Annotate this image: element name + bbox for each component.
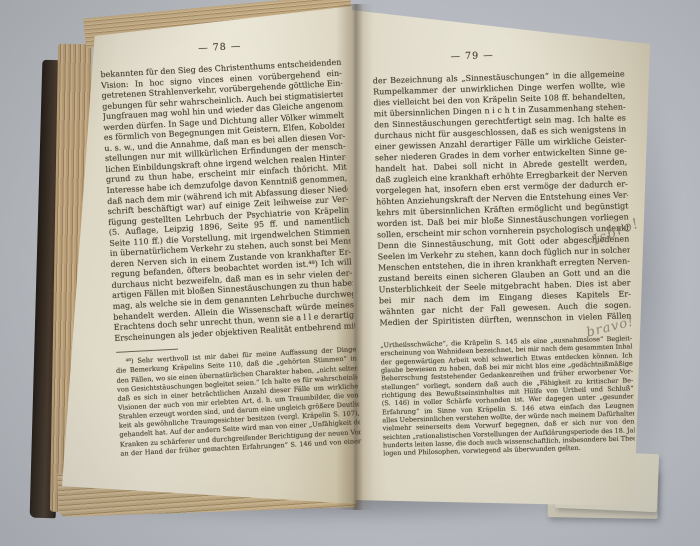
left-page-text: — 78 — bekannten für den Sieg des Christ… [99, 36, 361, 459]
footnote-rule [116, 349, 178, 353]
left-page-body: bekannten für den Sieg des Christenthums… [100, 58, 355, 344]
right-page-body: der Bezeichnung als „Sinnestäuschungen“ … [373, 68, 632, 328]
right-page-text: — 79 — der Bezeichnung als „Sinnestäusch… [372, 46, 635, 458]
left-page-footnote: ⁴⁸) Sehr werthvoll ist mir dabei für mei… [115, 345, 361, 458]
photo-of-open-book: { "photo": { "surface_color": "#b6bac0",… [0, 0, 700, 546]
right-page-footnote: „Urtheilsschwäche“, die Kräpelin S. 145 … [380, 334, 635, 458]
